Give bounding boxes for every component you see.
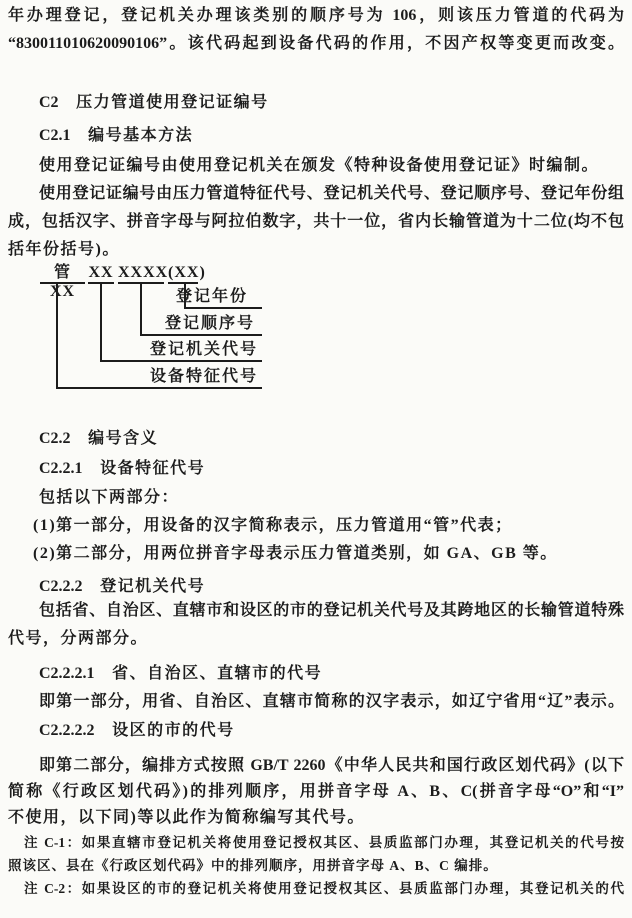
list-item-line: (2)第二部分，用两位拼音字母表示压力管道类别，如 GA、GB 等。 xyxy=(33,544,624,564)
section-heading-c2-2-2: C2.2.2 登记机关代号 xyxy=(39,577,624,597)
code-part-device-prefix: 管 XX xyxy=(40,263,85,284)
section-heading-c2-1: C2.1 编号基本方法 xyxy=(39,126,624,146)
list-item-line: (1)第一部分，用设备的汉字简称表示，压力管道用“管”代表； xyxy=(33,516,624,536)
heading-title: 压力管道使用登记证编号 xyxy=(76,93,269,113)
label-rule xyxy=(140,334,262,336)
heading-number: C2.2.2.2 xyxy=(39,721,95,741)
section-heading-c2-2-1: C2.2.1 设备特征代号 xyxy=(39,459,624,479)
heading-number: C2.2.2.1 xyxy=(39,664,95,684)
heading-title: 设区的市的代号 xyxy=(112,721,235,741)
section-heading-c2-2-2-2: C2.2.2.2 设区的市的代号 xyxy=(39,721,624,741)
body-line: 代号，分两部分。 xyxy=(8,629,624,649)
heading-title: 设备特征代号 xyxy=(100,459,205,479)
diagram-label-agency: 登记机关代号 xyxy=(150,340,258,360)
heading-title: 省、自治区、直辖市的代号 xyxy=(112,664,322,684)
body-line: 括年份括号)。 xyxy=(8,240,624,260)
note-line: 注 C-2：如果设区的市的登记机关将使用登记授权其区、县质监部门办理，其登记机关… xyxy=(24,880,624,897)
heading-title: 登记机关代号 xyxy=(100,577,205,597)
code-part-agency: XX xyxy=(88,263,114,284)
connector-line xyxy=(140,284,142,334)
diagram-label-year: 登记年份 xyxy=(176,287,248,307)
label-rule xyxy=(56,387,262,389)
note-line: 照该区、县在《行政区划代码》中的排列顺序，用拼音字母 A、B、C 编排。 xyxy=(8,857,624,874)
note-line: 注 C-1：如果直辖市登记机关将使用登记授权其区、县质监部门办理，其登记机关的代… xyxy=(24,834,624,851)
heading-title: 编号基本方法 xyxy=(88,126,193,146)
code-part-year: (XX) xyxy=(168,263,198,284)
section-heading-c2-2: C2.2 编号含义 xyxy=(39,429,624,449)
heading-title: 编号含义 xyxy=(88,429,158,449)
label-rule xyxy=(100,360,262,362)
label-rule xyxy=(184,307,262,309)
connector-line xyxy=(56,284,58,387)
section-heading-c2-2-2-1: C2.2.2.1 省、自治区、直辖市的代号 xyxy=(39,664,624,684)
code-part-sequence: XXXX xyxy=(118,263,164,284)
heading-number: C2 xyxy=(39,93,59,113)
body-line: 包括省、自治区、直辖市和设区的市的登记机关代号及其跨地区的长输管道特殊 xyxy=(39,601,624,621)
body-line: 年办理登记，登记机关办理该类别的顺序号为 106，则该压力管道的代码为 xyxy=(8,6,624,26)
body-line: 即第一部分，用省、自治区、直辖市简称的汉字表示，如辽宁省用“辽”表示。 xyxy=(39,692,624,712)
scanned-document-page: 年办理登记，登记机关办理该类别的顺序号为 106，则该压力管道的代码为 “830… xyxy=(0,0,632,918)
body-line: 包括以下两部分： xyxy=(39,488,624,508)
heading-number: C2.2.1 xyxy=(39,459,83,479)
heading-number: C2.2.2 xyxy=(39,577,83,597)
diagram-label-device: 设备特征代号 xyxy=(150,367,258,387)
diagram-label-sequence: 登记顺序号 xyxy=(165,314,255,334)
body-line: 简称《行政区划代码》)的排列顺序，用拼音字母 A、B、C(拼音字母“O”和“I” xyxy=(8,782,624,802)
section-heading-c2: C2 压力管道使用登记证编号 xyxy=(39,93,624,113)
body-line: 即第二部分，编排方式按照 GB/T 2260《中华人民共和国行政区划代码》(以下 xyxy=(39,756,624,776)
body-line: 使用登记证编号由使用登记机关在颁发《特种设备使用登记证》时编制。 xyxy=(39,156,624,176)
body-line: “830011010620090106”。该代码起到设备代码的作用，不因产权等变… xyxy=(8,34,624,54)
heading-number: C2.1 xyxy=(39,126,71,146)
body-line: 使用登记证编号由压力管道特征代号、登记机关代号、登记顺序号、登记年份组 xyxy=(39,184,624,204)
heading-number: C2.2 xyxy=(39,429,71,449)
body-line: 不使用，以下同)等以此作为简称编写其代号。 xyxy=(8,808,624,828)
connector-line xyxy=(100,284,102,360)
body-line: 成，包括汉字、拼音字母与阿拉伯数字，共十一位，省内长输管道为十二位(均不包 xyxy=(8,212,624,232)
